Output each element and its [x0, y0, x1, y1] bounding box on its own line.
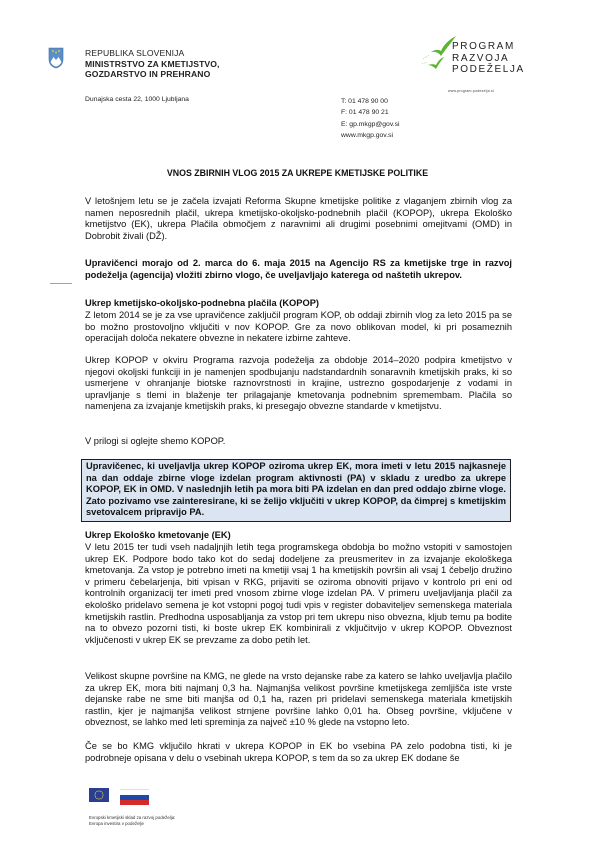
slovenia-coat-of-arms-icon: [48, 47, 64, 69]
ministry-line-2: MINISTRSTVO ZA KMETIJSTVO,: [85, 59, 220, 70]
kopop-paragraph-1: Z letom 2014 se je za vse upravičence za…: [85, 310, 512, 345]
ek-paragraph-1: V letu 2015 ter tudi vseh nadaljnjih let…: [85, 542, 512, 646]
section-heading-ek: Ukrep Ekološko kmetovanje (EK): [85, 530, 231, 540]
contact-web[interactable]: www.mkgp.gov.si: [341, 130, 400, 141]
program-logo-text: PROGRAM RAZVOJA PODEŽELJA: [452, 41, 525, 76]
ek-paragraph-3: Če se bo KMG vključilo hkrati v ukrepa K…: [85, 741, 512, 764]
program-logo-url: www.program-podezelja.si: [448, 89, 494, 93]
ministry-line-3: GOZDARSTVO IN PREHRANO: [85, 69, 220, 80]
contact-phone: T: 01 478 90 00: [341, 96, 400, 107]
contact-email[interactable]: E: gp.mkgp@gov.si: [341, 119, 400, 130]
section-heading-kopop: Ukrep kmetijsko-okoljsko-podnebna plačil…: [85, 298, 319, 308]
ministry-name: REPUBLIKA SLOVENIJA MINISTRSTVO ZA KMETI…: [85, 48, 220, 80]
intro-paragraph: V letošnjem letu se je začela izvajati R…: [85, 196, 512, 242]
eu-flag-icon: [89, 788, 109, 802]
footer-line-2: Evropa investira v podeželje: [89, 821, 175, 827]
ministry-address: Dunajska cesta 22, 1000 Ljubljana: [85, 96, 189, 103]
program-logo-line-2: RAZVOJA: [452, 53, 525, 65]
slovenia-flag-icon: [120, 789, 149, 804]
kopop-paragraph-2: Ukrep KOPOP v okviru Programa razvoja po…: [85, 355, 512, 413]
deadline-paragraph: Upravičenci morajo od 2. marca do 6. maj…: [85, 258, 512, 281]
footer-text: Evropski kmetijski sklad za razvoj podež…: [89, 815, 175, 827]
program-logo-line-1: PROGRAM: [452, 41, 525, 53]
ministry-line-1: REPUBLIKA SLOVENIJA: [85, 48, 220, 59]
contact-fax: F: 01 478 90 21: [341, 107, 400, 118]
contact-block: T: 01 478 90 00 F: 01 478 90 21 E: gp.mk…: [341, 96, 400, 141]
document-title: VNOS ZBIRNIH VLOG 2015 ZA UKREPE KMETIJS…: [0, 168, 595, 178]
ek-paragraph-2: Velikost skupne površine na KMG, ne gled…: [85, 671, 512, 729]
program-logo-line-3: PODEŽELJA: [452, 64, 525, 76]
kopop-paragraph-3: V prilogi si oglejte shemo KOPOP.: [85, 436, 512, 448]
notice-box: Upravičenec, ki uveljavlja ukrep KOPOP o…: [81, 459, 511, 522]
margin-mark: [50, 283, 72, 284]
